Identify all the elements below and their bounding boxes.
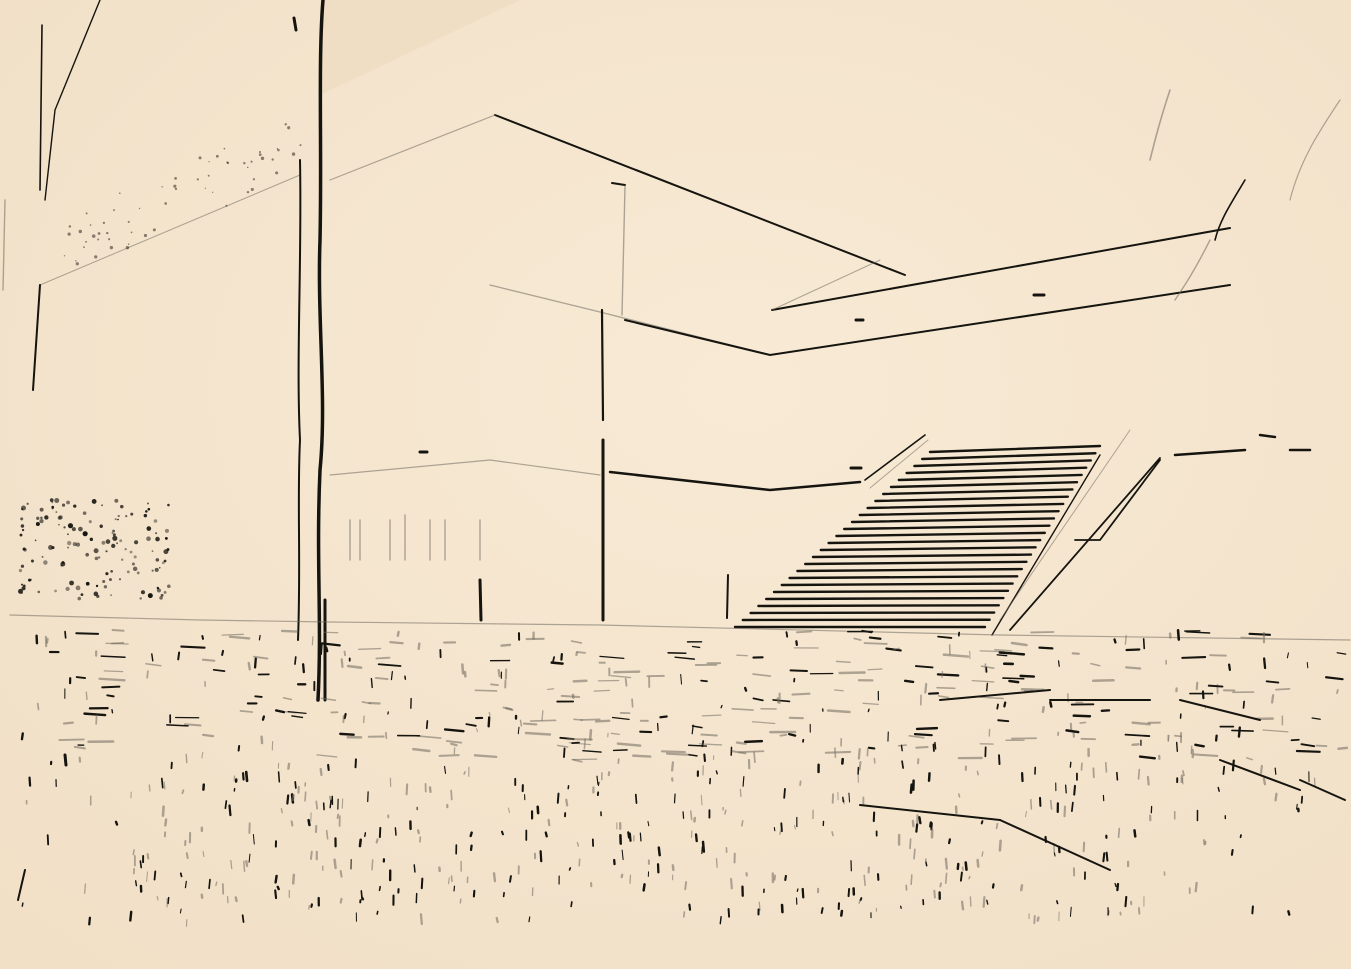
paper-background xyxy=(0,0,1351,969)
column xyxy=(602,310,603,620)
building-line-drawing xyxy=(0,0,1351,969)
